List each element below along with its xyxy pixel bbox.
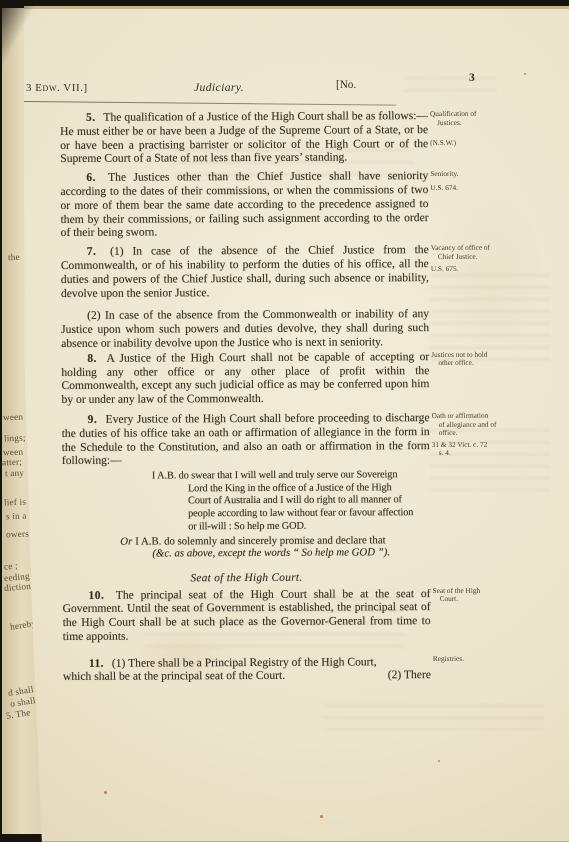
section-11-line1-text: (1) There shall be a Principal Registry …: [112, 655, 377, 669]
margin-note-seat: Seat of the High Court.: [432, 586, 569, 604]
oath-line: people according to law without fear or …: [188, 507, 430, 521]
section-5-number: 5.: [86, 111, 96, 124]
section-10: 10. The principal seat of the High Court…: [63, 587, 431, 644]
margin-note-line: (N.S.W.): [430, 139, 569, 148]
page-number: 3: [469, 71, 475, 84]
page-edge-text-fragment: t any: [5, 468, 24, 479]
margin-note-line: U.S. 674.: [430, 183, 569, 192]
margin-note-line: office.: [432, 428, 569, 437]
affirmation-form: OrI A.B. do solemnly and sincerely promi…: [62, 534, 430, 560]
page-edge-text-fragment: diction: [4, 581, 32, 593]
text-column: 5. The qualification of a Justice of the…: [60, 109, 431, 684]
paper-speck: [320, 815, 323, 818]
affirmation-parenthetical: (&c. as above, except the words “ So hel…: [152, 546, 430, 560]
margin-note-other-office: Justices not to hold other office.: [431, 350, 569, 368]
section-10-body: The principal seat of the High Court sha…: [63, 587, 431, 643]
page-edge-text-fragment: s in a: [6, 511, 27, 522]
page-edge-text-fragment: owers: [6, 529, 29, 540]
section-8-number: 8.: [87, 352, 97, 365]
paper-speck: [104, 791, 107, 794]
section-11: 11. (1) There shall be a Principal Regis…: [63, 655, 431, 685]
margin-note-line: Registries.: [433, 654, 569, 663]
section-11-line1: 11. (1) There shall be a Principal Regis…: [63, 655, 431, 671]
section-7: 7. (1) In case of the absence of the Chi…: [61, 243, 430, 351]
section-11-line2: which shall be at the principal seat of …: [63, 669, 431, 685]
section-11-number: 11.: [89, 656, 104, 669]
page-edge-text-fragment: lings;: [4, 433, 26, 444]
page-edge-text-fragment: 5. The: [5, 707, 31, 721]
bleed-through-ghost: [404, 77, 496, 99]
oath-line: I A.B. do swear that I will well and tru…: [152, 469, 430, 483]
margin-note-line: s. 4.: [432, 449, 569, 458]
bleed-through-ghost: [324, 704, 544, 730]
section-9: 9. Every Justice of the High Court shall…: [62, 411, 430, 468]
margin-note-line: Court.: [433, 594, 569, 603]
section-9-text: 9. Every Justice of the High Court shall…: [62, 411, 430, 468]
section-11-sub2-catch: (2) There: [388, 669, 431, 683]
page-edge-text-fragment: ce ;: [4, 560, 19, 571]
section-8-text: 8. A Justice of the High Court shall not…: [61, 350, 429, 407]
section-11-line2-text: which shall be at the principal seat of …: [63, 669, 285, 684]
document-page: 3 Edw. VII.] Judiciary. [No. 3 5. The qu…: [24, 6, 569, 842]
section-5-text: 5. The qualification of a Justice of the…: [60, 109, 428, 166]
section-10-text: 10. The principal seat of the High Court…: [63, 587, 431, 644]
section-6-text: 6. The Justices other than the Chief Jus…: [60, 169, 428, 240]
margin-note-line: Chief Justice.: [431, 252, 569, 261]
section-5: 5. The qualification of a Justice of the…: [60, 109, 428, 166]
margin-note-qualification: Qualification of Justices. (N.S.W.): [430, 109, 569, 148]
affirmation-text: I A.B. do solemnly and sincerely promise…: [135, 534, 385, 547]
page-edge-text-fragment: ween: [3, 412, 24, 423]
scanned-document-photo: the ween lings; ween atter; t any lief i…: [0, 0, 569, 842]
section-6-body: The Justices other than the Chief Justic…: [60, 169, 428, 239]
section-6: 6. The Justices other than the Chief Jus…: [60, 169, 428, 240]
page-edge-text-fragment: the: [8, 252, 20, 262]
header-regnal-year: 3 Edw. VII.]: [26, 82, 88, 94]
section-9-body: Every Justice of the High Court shall be…: [62, 411, 430, 467]
section-8: 8. A Justice of the High Court shall not…: [61, 350, 429, 407]
header-rule: [22, 101, 396, 106]
section-7-sub1-body: (1) In case of the absence of the Chief …: [61, 243, 429, 299]
or-word: Or: [120, 536, 132, 548]
margin-note-line: Seniority.: [430, 170, 569, 179]
margin-note-line: U.S. 675.: [431, 265, 569, 274]
margin-note-oath: Oath or affirmation of allegiance and of…: [432, 411, 569, 458]
section-9-number: 9.: [88, 413, 98, 426]
section-5-body: The qualification of a Justice of the Hi…: [60, 109, 428, 165]
section-7-sub1-text: 7. (1) In case of the absence of the Chi…: [61, 243, 429, 300]
paper-stain: [434, 189, 544, 359]
header-running-title: Judiciary.: [169, 81, 269, 94]
paper-speck: [438, 760, 440, 762]
margin-note-seniority: Seniority. U.S. 674.: [430, 170, 569, 193]
margin-note-line: Justices.: [430, 118, 569, 127]
page-edge-text-fragment: lief is: [4, 497, 26, 508]
section-7-sub2-text: (2) In case of the absence from the Comm…: [61, 307, 429, 350]
paper-speck: [524, 73, 526, 75]
margin-note-line: other office.: [431, 359, 569, 368]
oath-form: I A.B. do swear that I will well and tru…: [62, 469, 430, 534]
oath-line: or ill-will : So help me GOD.: [188, 520, 430, 534]
margin-note-registries: Registries.: [433, 654, 569, 663]
section-10-number: 10.: [88, 588, 104, 601]
section-7-number: 7.: [87, 245, 97, 258]
crosshead-seat-of-high-court: Seat of the High Court.: [62, 571, 430, 586]
header-act-number: [No.: [336, 79, 356, 91]
section-7-sub2-body: (2) In case of the absence from the Comm…: [61, 307, 429, 350]
margin-note-vacancy: Vacancy of office of Chief Justice. U.S.…: [431, 243, 569, 274]
oath-line: Court of Australia and I will do right t…: [188, 494, 430, 508]
page-edge-text-fragment: atter;: [2, 457, 22, 468]
section-6-number: 6.: [86, 171, 96, 184]
section-8-body: A Justice of the High Court shall not be…: [61, 350, 429, 406]
